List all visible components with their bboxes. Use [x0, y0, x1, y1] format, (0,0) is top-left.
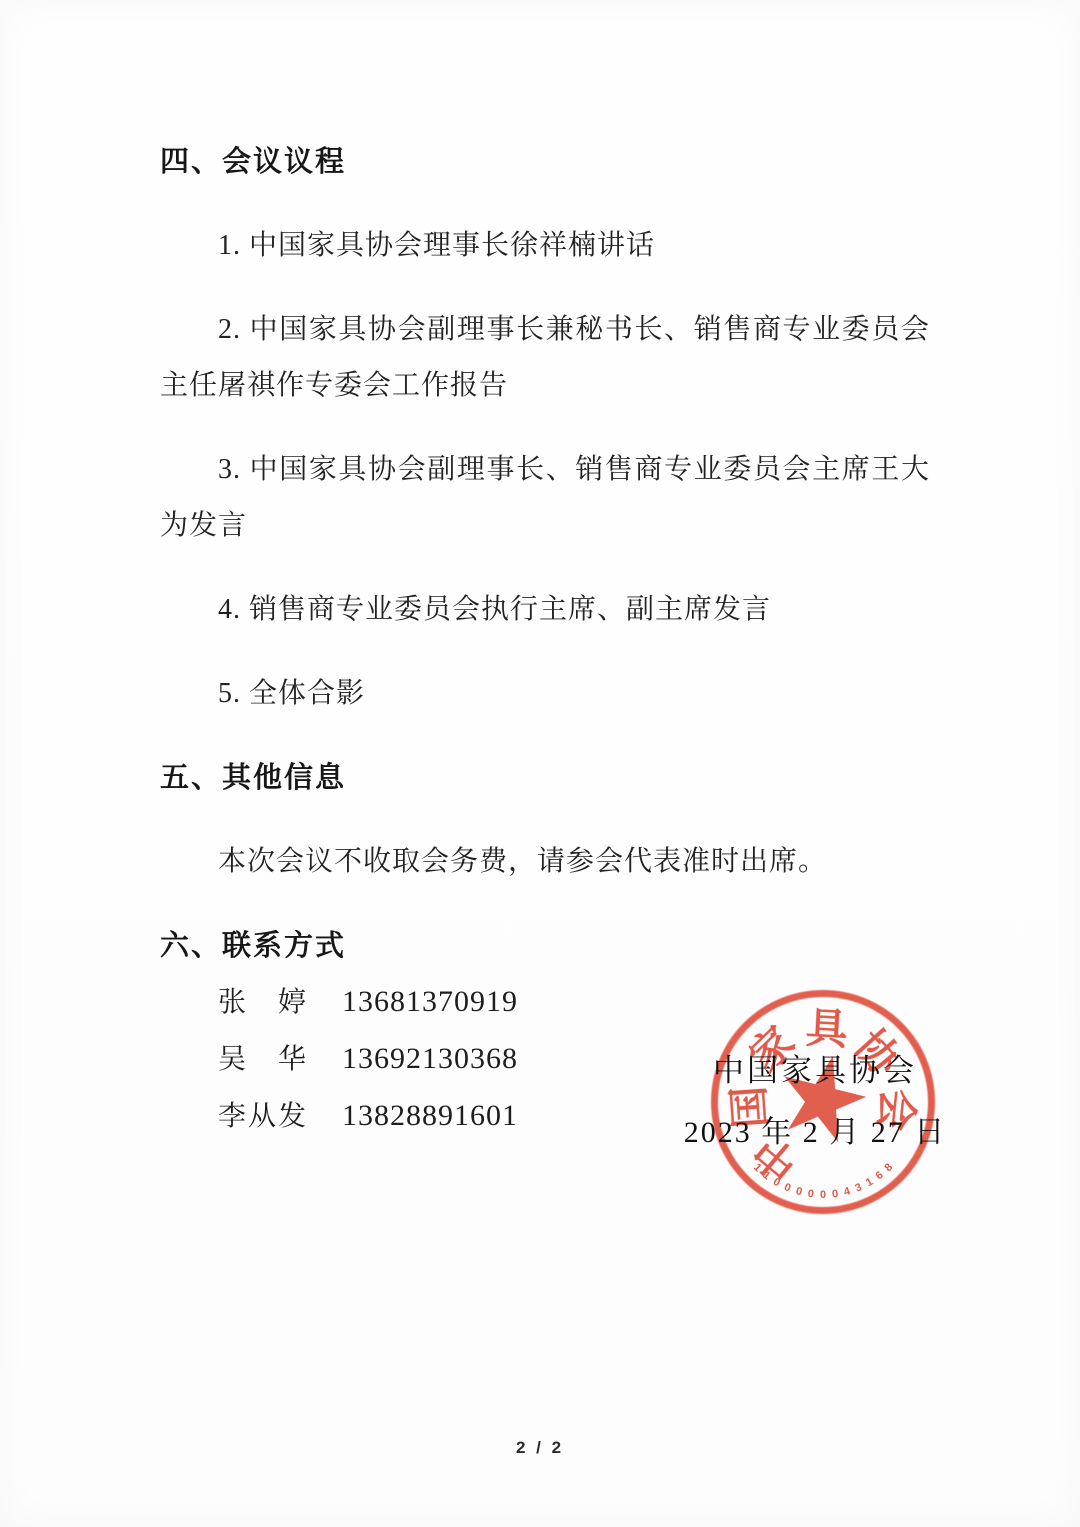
contact-name: 吴 华: [218, 1044, 308, 1075]
page-number-indicator: 2 / 2: [0, 1438, 1080, 1458]
section-heading-contact: 六、联系方式: [160, 918, 930, 974]
contact-name: 李从发: [218, 1101, 308, 1132]
agenda-item-3: 3. 中国家具协会副理事长、销售商专业委员会主席王大为发言: [160, 442, 930, 554]
signature-date: 2023 年 2 月 27 日: [645, 1114, 985, 1152]
other-info-text: 本次会议不收取会务费，请参会代表准时出席。: [160, 834, 930, 890]
agenda-item-2: 2. 中国家具协会副理事长兼秘书长、销售商专业委员会主任屠祺作专委会工作报告: [160, 302, 930, 414]
contact-phone: 13692130368: [342, 1042, 518, 1075]
contact-phone: 13681370919: [342, 985, 518, 1018]
agenda-item-5: 5. 全体合影: [160, 666, 930, 722]
seal-serial-digit: 0: [820, 1189, 826, 1201]
agenda-item-4: 4. 销售商专业委员会执行主席、副主席发言: [160, 582, 930, 638]
signature-org: 中国家具协会: [645, 1052, 985, 1090]
section-heading-agenda: 四、会议议程: [160, 134, 930, 190]
contact-name: 张 婷: [218, 987, 308, 1018]
section-heading-other-info: 五、其他信息: [160, 750, 930, 806]
signature-block: 中国家具协会 2023 年 2 月 27 日: [645, 1052, 985, 1152]
contact-phone: 13828891601: [342, 1099, 518, 1132]
document-page: 四、会议议程 1. 中国家具协会理事长徐祥楠讲话 2. 中国家具协会副理事长兼秘…: [0, 0, 1080, 1527]
agenda-item-1: 1. 中国家具协会理事长徐祥楠讲话: [160, 218, 930, 274]
